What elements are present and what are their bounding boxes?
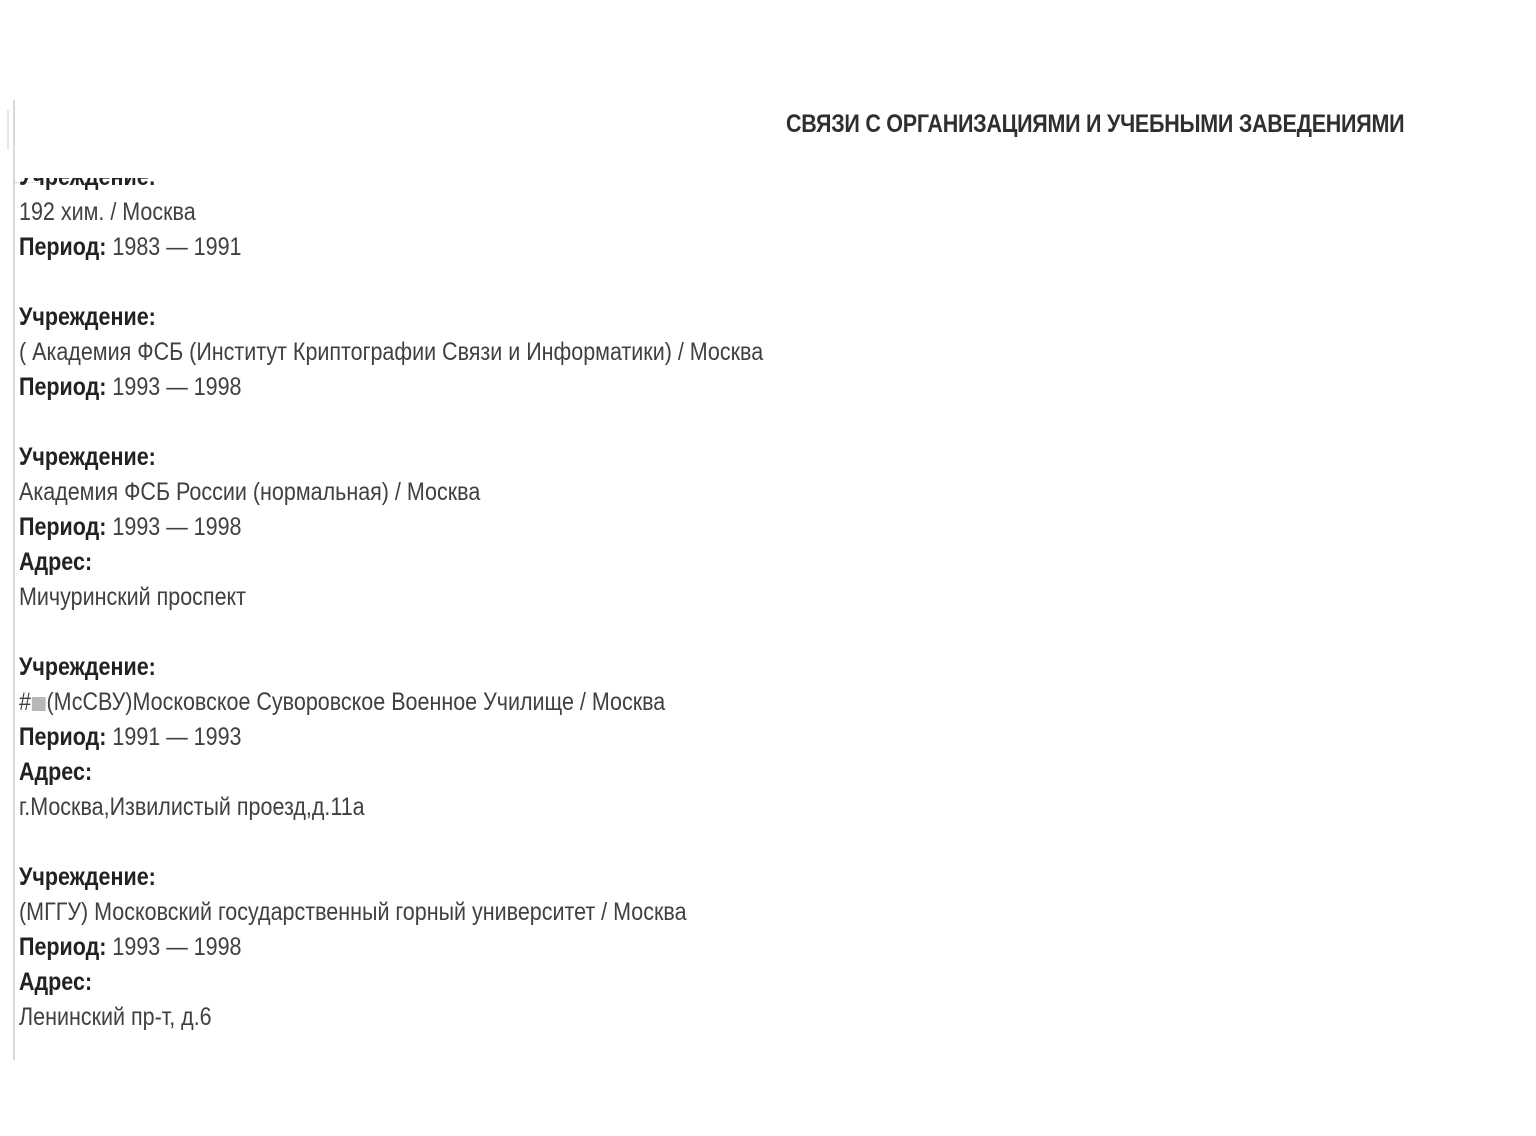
period-value: 1993 — 1998 bbox=[112, 513, 241, 541]
spacer bbox=[19, 825, 884, 860]
period-label: Период: bbox=[19, 933, 106, 961]
institution-value: (МсСВУ)Московское Суворовское Военное Уч… bbox=[46, 688, 665, 716]
period-value: 1993 — 1998 bbox=[112, 373, 241, 401]
institution-value: Академия ФСБ России (нормальная) / Москв… bbox=[19, 478, 480, 506]
institution-label: Учреждение: bbox=[19, 303, 156, 331]
address-label: Адрес: bbox=[19, 968, 92, 996]
spacer bbox=[19, 405, 884, 440]
record-item: Учреждение: #(МсСВУ)Московское Суворовск… bbox=[19, 650, 884, 825]
institution-label: Учреждение: bbox=[19, 863, 156, 891]
period-label: Период: bbox=[19, 723, 106, 751]
record-item: Учреждение: ( Академия ФСБ (Институт Кри… bbox=[19, 300, 884, 405]
address-label: Адрес: bbox=[19, 548, 92, 576]
institution-label: Учреждение: bbox=[19, 653, 156, 681]
left-border-rule bbox=[13, 100, 15, 1060]
address-label: Адрес: bbox=[19, 758, 92, 786]
period-label: Период: bbox=[19, 373, 106, 401]
page: СВЯЗИ С ОРГАНИЗАЦИЯМИ И УЧЕБНЫМИ ЗАВЕДЕН… bbox=[0, 0, 1536, 1136]
redacted-block-icon bbox=[32, 697, 46, 711]
period-value: 1993 — 1998 bbox=[112, 933, 241, 961]
address-value: г.Москва,Извилистый проезд,д.11а bbox=[19, 793, 365, 821]
records-list: Учреждение: 192 хим. / Москва Период: 19… bbox=[19, 178, 1419, 1058]
institution-prefix: # bbox=[19, 688, 31, 716]
institution-value: ( Академия ФСБ (Институт Криптографии Св… bbox=[19, 338, 763, 366]
period-label: Период: bbox=[19, 233, 106, 261]
section-title: СВЯЗИ С ОРГАНИЗАЦИЯМИ И УЧЕБНЫМИ ЗАВЕДЕН… bbox=[786, 110, 1404, 139]
institution-value: 192 хим. / Москва bbox=[19, 198, 196, 226]
period-label: Период: bbox=[19, 513, 106, 541]
spacer bbox=[19, 265, 884, 300]
period-value: 1983 — 1991 bbox=[112, 233, 241, 261]
institution-value: (МГГУ) Московский государственный горный… bbox=[19, 898, 687, 926]
left-border-fragment bbox=[7, 110, 9, 150]
record-item: Учреждение: 192 хим. / Москва Период: 19… bbox=[19, 178, 884, 265]
institution-label: Учреждение: bbox=[19, 443, 156, 471]
period-value: 1991 — 1993 bbox=[112, 723, 241, 751]
address-value: Ленинский пр-т, д.6 bbox=[19, 1003, 212, 1031]
spacer bbox=[19, 615, 884, 650]
institution-label: Учреждение: bbox=[19, 178, 156, 191]
record-item: Учреждение: (МГГУ) Московский государств… bbox=[19, 860, 884, 1035]
record-item: Учреждение: Академия ФСБ России (нормаль… bbox=[19, 440, 884, 615]
address-value: Мичуринский проспект bbox=[19, 583, 246, 611]
